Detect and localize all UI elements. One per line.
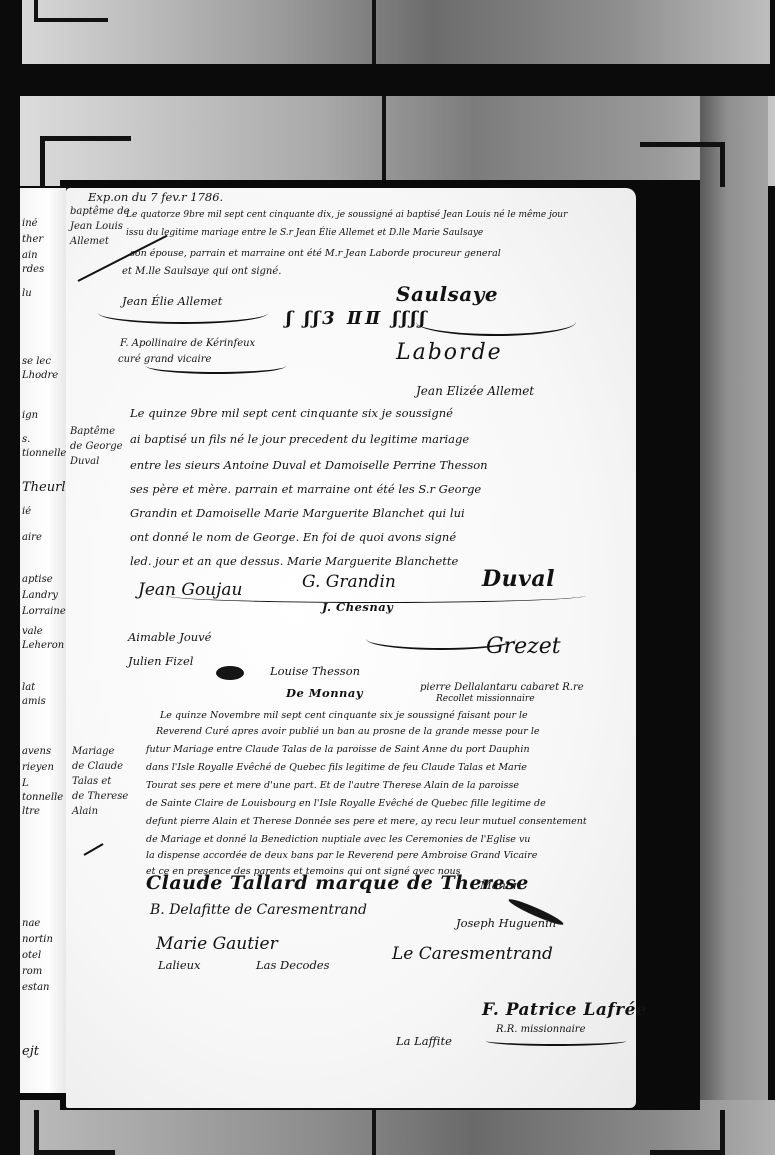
prev-page-fragment: Landry [22,590,66,601]
prev-page-fragment: Theurlez [22,480,66,495]
signature-flourish [146,358,286,374]
entry-1-line: issu du legitime mariage entre le S.r Je… [126,228,483,238]
signature: Lalieux [158,958,201,972]
prev-page-fragment: ié [22,506,66,517]
entry-1-line: son épouse, parrain et marraine ont été … [130,248,501,259]
signature: Duval [482,566,555,592]
prev-page-fragment: otel [22,950,66,961]
entry-3-line: Le quinze Novembre mil sept cent cinquan… [160,710,528,721]
margin-note-entry-3: Mariage de Claude Talas et de Therese Al… [72,744,128,819]
signature: F. Patrice Lafrée [482,1000,647,1020]
prev-page-fragment: aptise [22,574,66,585]
prev-page-fragment: aire [22,532,66,543]
margin-stroke [84,843,104,856]
entry-2-line: ont donné le nom de George. En foi de qu… [130,530,456,544]
prev-page-fragment: s. [22,434,66,445]
header-note: Exp.on du 7 fev.r 1786. [88,190,223,204]
signature: La Laffite [396,1034,452,1048]
signature-flourish [416,308,576,336]
signature: Laborde [396,340,503,365]
prev-page-fragment: rieyen [22,762,66,773]
prev-page-fragment: rdes [22,264,66,275]
prev-page-fragment: lu [22,288,66,299]
signature-flourish: ʃ ʃʃ3 ⅡⅡ ʃʃʃʃ [286,308,428,329]
signature: B. Delafitte de Caresmentrand [150,902,367,918]
margin-note-entry-1: baptême de Jean Louis Allemet [70,204,130,249]
prev-page-fragment: nae [22,918,66,929]
microfilm-frame-top [22,0,770,64]
signature: Aimable Jouvé [128,630,212,644]
signature: Marie Gautier [156,934,278,954]
entry-3-line: Reverend Curé apres avoir publié un ban … [156,726,540,737]
prev-page-fragment: avens [22,746,66,757]
microfilm-frame-right [700,96,768,1155]
entry-2-line: ses père et mère. parrain et marraine on… [130,482,481,496]
prev-page-fragment: Lhodre [22,370,66,381]
entry-2-line: entre les sieurs Antoine Duval et Damois… [130,458,488,472]
prev-page-fragment: L [22,778,66,789]
prev-page-fragment: rom [22,966,66,977]
signature-flourish [486,1036,626,1046]
signature: Mahon [480,878,520,892]
prev-page-fragment: nortin [22,934,66,945]
prev-page-fragment: lat [22,682,66,693]
signature: Saulsaye [396,282,498,306]
prev-page-fragment: se lec [22,356,66,367]
signature: Louise Thesson [270,664,360,678]
prev-page-fragment: ejt [22,1044,66,1059]
entry-3-line: de Mariage et donné la Benediction nupti… [146,834,530,845]
prev-page-fragment: ain [22,250,66,261]
prev-page-fragment: vale [22,626,66,637]
signature: pierre Dellalantaru cabaret R.re [420,682,584,693]
entry-3-line: dans l'Isle Royalle Evêché de Quebec fil… [146,762,527,773]
corner-bracket [34,0,108,22]
prev-page-fragment: tionnelle [22,448,66,459]
signature-flourish [366,628,516,650]
register-page: Exp.on du 7 fev.r 1786. baptême de Jean … [66,188,636,1108]
prev-page-fragment: amis [22,696,66,707]
entry-2-line: Grandin et Damoiselle Marie Marguerite B… [130,506,465,520]
entry-3-line: Tourat ses pere et mere d'une part. Et d… [146,780,519,791]
entry-3-line: futur Mariage entre Claude Talas de la p… [146,744,530,755]
entry-3-line: la dispense accordée de deux bans par le… [146,850,537,861]
previous-page-edge: iné ther ain rdes lu se lec Lhodre ign s… [20,188,68,1093]
signature: R.R. missionnaire [496,1024,586,1035]
signature: Recollet missionnaire [436,694,535,704]
entry-1-line: et M.lle Saulsaye qui ont signé. [122,266,281,277]
frame-divider [382,96,386,186]
signature: Claude Tallard marque de Therese [146,872,529,894]
signature: Le Caresmentrand [392,944,553,964]
prev-page-fragment: ign [22,410,66,421]
entry-3-line: de Sainte Claire de Louisbourg en l'Isle… [146,798,546,809]
prev-page-fragment: Lorraine [22,606,66,617]
signature-flourish [98,302,268,324]
entry-2-line: Le quinze 9bre mil sept cent cinquante s… [130,406,453,420]
ink-blot [216,666,244,680]
entry-1-line: Le quatorze 9bre mil sept cent cinquante… [126,210,567,220]
signature: F. Apollinaire de Kérinfeux [120,338,255,349]
prev-page-fragment: iné [22,218,66,229]
margin-note-entry-2: Baptême de George Duval [70,424,123,469]
entry-3-line: defunt pierre Alain et Therese Donnée se… [146,816,587,827]
signature: J. Chesnay [322,600,393,614]
entry-2-line: ai baptisé un fils né le jour precedent … [130,432,469,446]
signature: Julien Fizel [128,654,193,668]
signature: Las Decodes [256,958,330,972]
prev-page-fragment: Leheron [22,640,66,651]
prev-page-fragment: tonnelle [22,792,66,803]
prev-page-fragment: ltre [22,806,66,817]
entry-2-line: Jean Elizée Allemet [416,384,534,398]
signature: De Monnay [286,686,363,700]
frame-divider [372,0,376,64]
prev-page-fragment: ther [22,234,66,245]
corner-bracket [34,1110,115,1155]
entry-2-line: led. jour et an que dessus. Marie Margue… [130,554,458,568]
prev-page-fragment: estan [22,982,66,993]
corner-bracket [650,1110,725,1155]
